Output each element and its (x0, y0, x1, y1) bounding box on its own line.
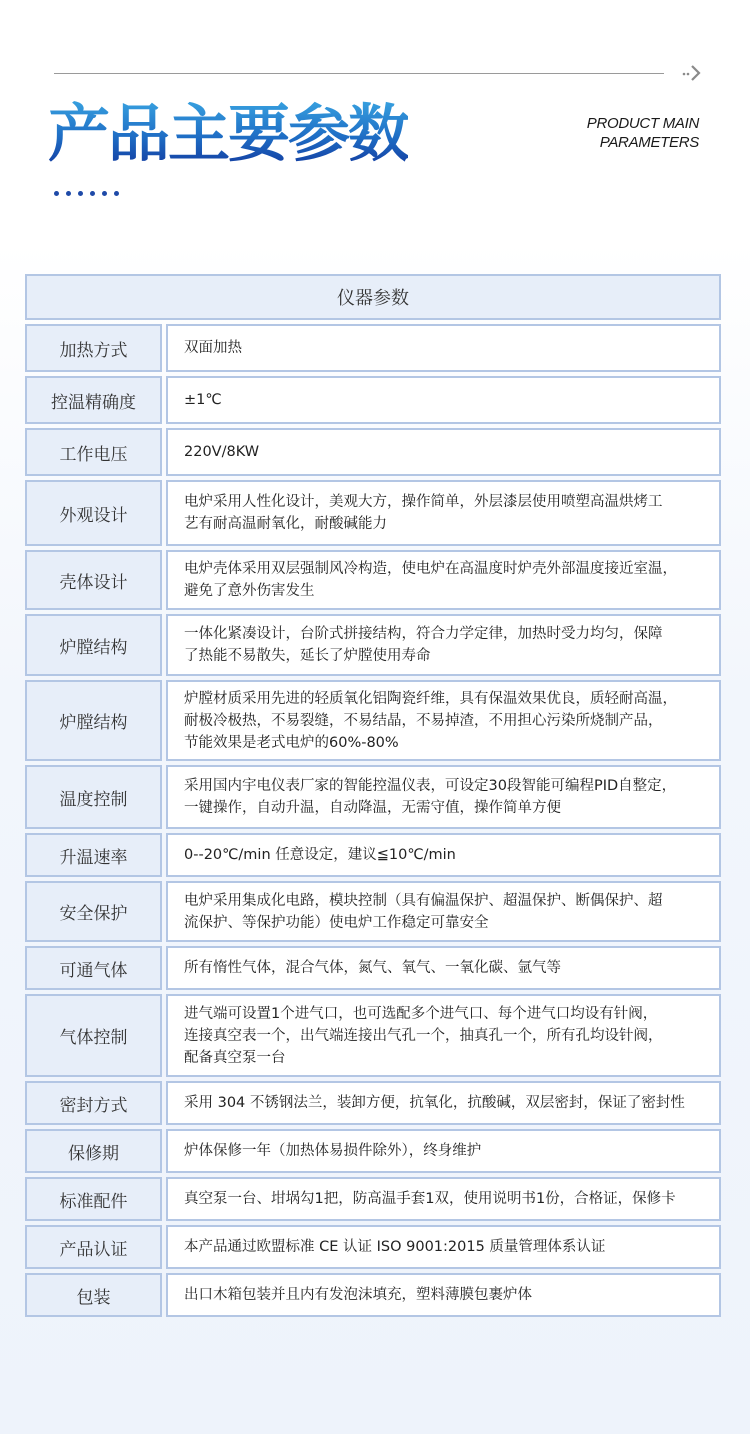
parameter-label: 包装 (25, 1273, 162, 1317)
parameter-value: 真空泵一台、坩埚勾1把，防高温手套1双，使用说明书1份，合格证，保修卡 (166, 1177, 721, 1221)
parameter-value: 电炉采用集成化电路，模块控制（具有偏温保护、超温保护、断偶保护、超 流保护、等保… (166, 881, 721, 942)
parameter-label: 温度控制 (25, 765, 162, 829)
parameters-table: 仪器参数 加热方式双面加热控温精确度±1℃工作电压220V/8KW外观设计电炉采… (25, 274, 721, 1321)
table-row: 炉膛结构炉膛材质采用先进的轻质氧化铝陶瓷纤维，具有保温效果优良，质轻耐高温， 耐… (25, 680, 721, 761)
parameter-value: 所有惰性气体，混合气体，氮气、氧气、一氧化碳、氩气等 (166, 946, 721, 990)
table-row: 加热方式双面加热 (25, 324, 721, 372)
parameter-label: 外观设计 (25, 480, 162, 546)
parameter-value: 进气端可设置1个进气口，也可选配多个进气口、每个进气口均设有针阀， 连接真空表一… (166, 994, 721, 1077)
parameter-value: ±1℃ (166, 376, 721, 424)
parameter-label: 产品认证 (25, 1225, 162, 1269)
table-row: 产品认证本产品通过欧盟标准 CE 认证 ISO 9001:2015 质量管理体系… (25, 1225, 721, 1269)
top-divider (54, 73, 664, 74)
parameter-value: 双面加热 (166, 324, 721, 372)
table-row: 工作电压220V/8KW (25, 428, 721, 476)
dot (66, 191, 71, 196)
table-row: 可通气体所有惰性气体，混合气体，氮气、氧气、一氧化碳、氩气等 (25, 946, 721, 990)
parameter-value: 电炉壳体采用双层强制风冷构造，使电炉在高温度时炉壳外部温度接近室温， 避免了意外… (166, 550, 721, 610)
table-row: 标准配件真空泵一台、坩埚勾1把，防高温手套1双，使用说明书1份，合格证，保修卡 (25, 1177, 721, 1221)
parameter-label: 密封方式 (25, 1081, 162, 1125)
parameter-label: 保修期 (25, 1129, 162, 1173)
decorative-dots (54, 191, 119, 196)
table-row: 密封方式采用 304 不锈钢法兰，装卸方便，抗氧化，抗酸碱，双层密封，保证了密封… (25, 1081, 721, 1125)
dotted-chevron-right-icon (680, 62, 704, 84)
parameter-value: 采用 304 不锈钢法兰，装卸方便，抗氧化，抗酸碱，双层密封，保证了密封性 (166, 1081, 721, 1125)
table-row: 炉膛结构一体化紧凑设计，台阶式拼接结构，符合力学定律，加热时受力均匀，保障 了热… (25, 614, 721, 676)
parameter-label: 炉膛结构 (25, 614, 162, 676)
parameter-label: 壳体设计 (25, 550, 162, 610)
parameter-value: 出口木箱包装并且内有发泡沫填充，塑料薄膜包裹炉体 (166, 1273, 721, 1317)
table-row: 控温精确度±1℃ (25, 376, 721, 424)
parameter-value: 0--20℃/min 任意设定，建议≦10℃/min (166, 833, 721, 877)
parameter-label: 气体控制 (25, 994, 162, 1077)
parameter-label: 控温精确度 (25, 376, 162, 424)
parameter-value: 炉膛材质采用先进的轻质氧化铝陶瓷纤维，具有保温效果优良，质轻耐高温， 耐极冷极热… (166, 680, 721, 761)
table-row: 气体控制进气端可设置1个进气口，也可选配多个进气口、每个进气口均设有针阀， 连接… (25, 994, 721, 1077)
dot (102, 191, 107, 196)
table-body: 加热方式双面加热控温精确度±1℃工作电压220V/8KW外观设计电炉采用人性化设… (25, 324, 721, 1317)
parameter-label: 工作电压 (25, 428, 162, 476)
table-row: 保修期炉体保修一年（加热体易损件除外），终身维护 (25, 1129, 721, 1173)
dot (114, 191, 119, 196)
parameter-label: 升温速率 (25, 833, 162, 877)
table-row: 温度控制采用国内宇电仪表厂家的智能控温仪表，可设定30段智能可编程PID自整定，… (25, 765, 721, 829)
parameter-value: 220V/8KW (166, 428, 721, 476)
table-row: 外观设计电炉采用人性化设计，美观大方，操作简单，外层漆层使用喷塑高温烘烤工 艺有… (25, 480, 721, 546)
parameter-value: 一体化紧凑设计，台阶式拼接结构，符合力学定律，加热时受力均匀，保障 了热能不易散… (166, 614, 721, 676)
table-row: 壳体设计电炉壳体采用双层强制风冷构造，使电炉在高温度时炉壳外部温度接近室温， 避… (25, 550, 721, 610)
table-row: 安全保护电炉采用集成化电路，模块控制（具有偏温保护、超温保护、断偶保护、超 流保… (25, 881, 721, 942)
dot (54, 191, 59, 196)
dot (78, 191, 83, 196)
parameter-value: 本产品通过欧盟标准 CE 认证 ISO 9001:2015 质量管理体系认证 (166, 1225, 721, 1269)
parameter-label: 加热方式 (25, 324, 162, 372)
parameter-label: 炉膛结构 (25, 680, 162, 761)
parameter-label: 可通气体 (25, 946, 162, 990)
parameter-label: 标准配件 (25, 1177, 162, 1221)
page-subtitle-en: PRODUCT MAIN PARAMETERS (587, 114, 699, 152)
parameter-value: 采用国内宇电仪表厂家的智能控温仪表，可设定30段智能可编程PID自整定， 一键操… (166, 765, 721, 829)
parameter-value: 电炉采用人性化设计，美观大方，操作简单，外层漆层使用喷塑高温烘烤工 艺有耐高温耐… (166, 480, 721, 546)
table-row: 升温速率0--20℃/min 任意设定，建议≦10℃/min (25, 833, 721, 877)
parameter-value: 炉体保修一年（加热体易损件除外），终身维护 (166, 1129, 721, 1173)
table-header: 仪器参数 (25, 274, 721, 320)
table-row: 包装出口木箱包装并且内有发泡沫填充，塑料薄膜包裹炉体 (25, 1273, 721, 1317)
dot (90, 191, 95, 196)
page-title: 产品主要参数 (48, 96, 408, 172)
parameter-label: 安全保护 (25, 881, 162, 942)
